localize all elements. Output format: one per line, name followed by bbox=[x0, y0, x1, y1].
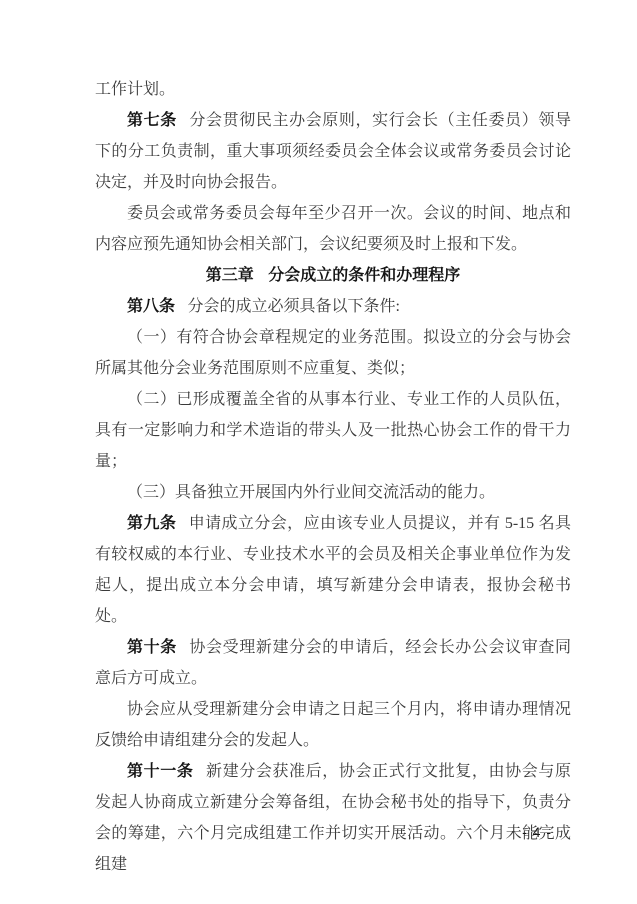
paragraph: （一）有符合协会章程规定的业务范围。拟设立的分会与协会所属其他分会业务范围原则不… bbox=[95, 322, 571, 384]
paragraph: 工作计划。 bbox=[95, 74, 571, 105]
document-page: 工作计划。第七条分会贯彻民主办会原则，实行会长（主任委员）领导下的分工负责制，重… bbox=[0, 0, 637, 904]
paragraph: 协会应从受理新建分会申请之日起三个月内，将申请办理情况反馈给申请组建分会的发起人… bbox=[95, 694, 571, 756]
chapter-heading: 第三章分会成立的条件和办理程序 bbox=[95, 260, 571, 291]
paragraph: 第十条协会受理新建分会的申请后，经会长办公会议审查同意后方可成立。 bbox=[95, 632, 571, 694]
article-number: 第八条 bbox=[127, 298, 175, 315]
paragraph-text: 分会的成立必须具备以下条件: bbox=[187, 298, 399, 315]
paragraph-text: 分会成立的条件和办理程序 bbox=[268, 267, 460, 284]
article-number: 第九条 bbox=[127, 515, 176, 532]
article-number: 第十条 bbox=[127, 639, 177, 656]
paragraph: 第十一条新建分会获准后，协会正式行文批复，由协会与原发起人协商成立新建分会筹备组… bbox=[95, 756, 571, 880]
paragraph: 第七条分会贯彻民主办会原则，实行会长（主任委员）领导下的分工负责制，重大事项须经… bbox=[95, 105, 571, 198]
paragraph: 第九条申请成立分会，应由该专业人员提议，并有 5-15 名具有较权威的本行业、专… bbox=[95, 508, 571, 632]
article-number: 第十一条 bbox=[127, 763, 193, 780]
paragraph-text: （三）具备独立开展国内外行业间交流活动的能力。 bbox=[127, 484, 495, 501]
paragraph-text: 协会应从受理新建分会申请之日起三个月内，将申请办理情况反馈给申请组建分会的发起人… bbox=[95, 701, 571, 749]
chapter-number: 第三章 bbox=[206, 267, 254, 284]
paragraph-text: （一）有符合协会章程规定的业务范围。拟设立的分会与协会所属其他分会业务范围原则不… bbox=[95, 329, 571, 377]
paragraph-text: （二）已形成覆盖全省的从事本行业、专业工作的人员队伍，具有一定影响力和学术造诣的… bbox=[95, 391, 571, 470]
paragraph: 委员会或常务委员会每年至少召开一次。会议的时间、地点和内容应预先通知协会相关部门… bbox=[95, 198, 571, 260]
paragraph: （三）具备独立开展国内外行业间交流活动的能力。 bbox=[95, 477, 571, 508]
paragraph: （二）已形成覆盖全省的从事本行业、专业工作的人员队伍，具有一定影响力和学术造诣的… bbox=[95, 384, 571, 477]
paragraph: 第八条分会的成立必须具备以下条件: bbox=[95, 291, 571, 322]
paragraph-text: 委员会或常务委员会每年至少召开一次。会议的时间、地点和内容应预先通知协会相关部门… bbox=[95, 205, 571, 253]
page-number: - 4 - bbox=[522, 822, 552, 842]
paragraph-text: 工作计划。 bbox=[95, 81, 175, 98]
article-number: 第七条 bbox=[127, 112, 177, 129]
document-body: 工作计划。第七条分会贯彻民主办会原则，实行会长（主任委员）领导下的分工负责制，重… bbox=[95, 74, 571, 880]
